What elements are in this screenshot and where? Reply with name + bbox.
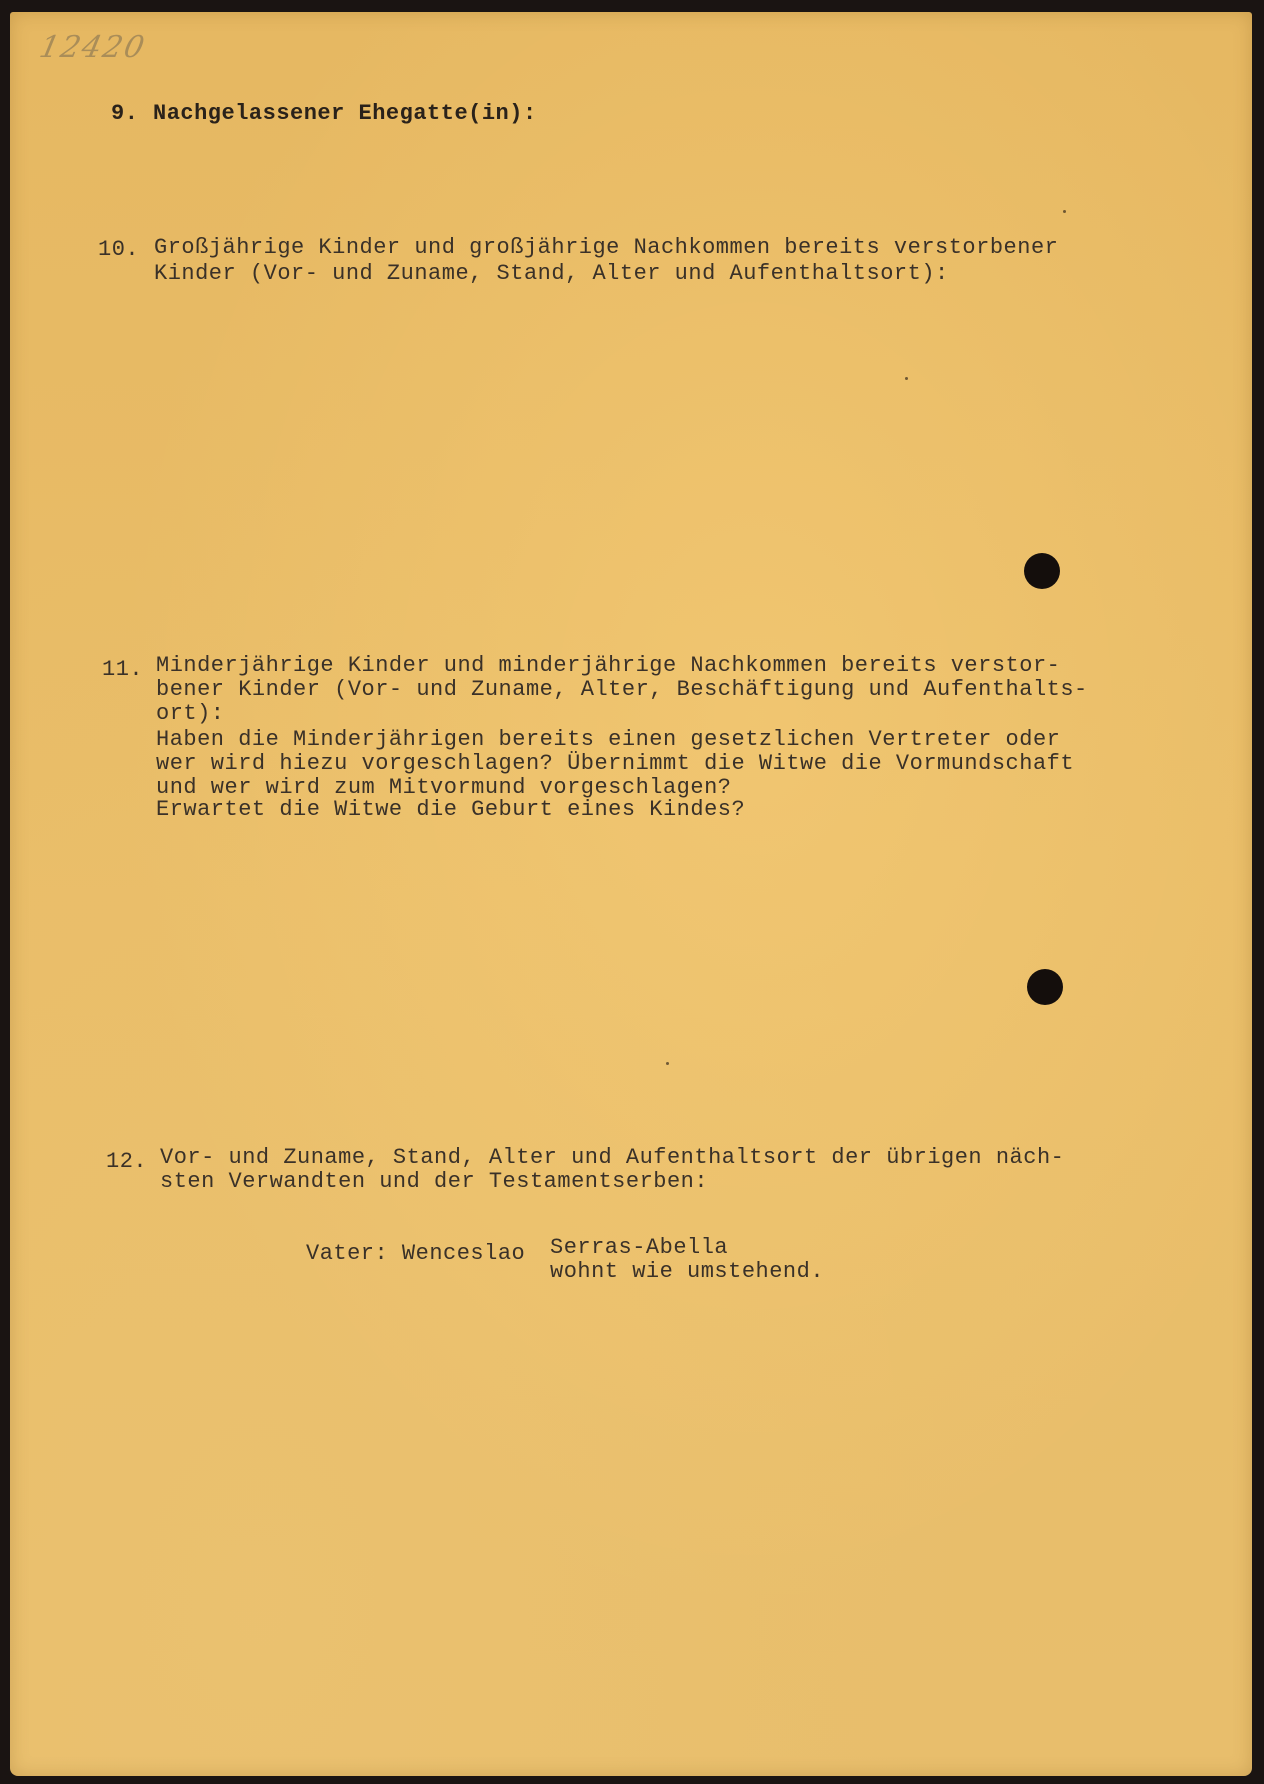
punch-hole-lower [1027, 969, 1063, 1005]
section-12-line-1: Vor- und Zuname, Stand, Alter und Aufent… [160, 1146, 1064, 1170]
section-9-number: 9. [111, 102, 138, 126]
section-10-line-1: Großjährige Kinder und großjährige Nachk… [154, 236, 1058, 260]
section-11-line-4: Haben die Minderjährigen bereits einen g… [156, 728, 1060, 752]
answer-father-residence: wohnt wie umstehend. [550, 1260, 824, 1284]
section-12-line-2: sten Verwandten und der Testamentserben: [160, 1170, 708, 1194]
section-11-line-7: Erwartet die Witwe die Geburt eines Kind… [156, 798, 745, 822]
paper-speck [666, 1062, 669, 1065]
paper-speck [1063, 210, 1066, 213]
section-11-line-5: wer wird hiezu vorgeschlagen? Übernimmt … [156, 752, 1074, 776]
handwritten-file-number: 12420 [36, 30, 149, 65]
section-11-line-1: Minderjährige Kinder und minderjährige N… [156, 654, 1060, 678]
paper-speck [905, 377, 908, 380]
section-11-number: 11. [102, 658, 143, 682]
section-11-line-2: bener Kinder (Vor- und Zuname, Alter, Be… [156, 678, 1088, 702]
answer-father-name: Serras-Abella [550, 1236, 728, 1260]
section-11-line-3: ort): [156, 702, 225, 726]
answer-father-label: Vater: Wenceslao [306, 1242, 525, 1266]
section-9-heading: Nachgelassener Ehegatte(in): [153, 102, 537, 126]
section-12-number: 12. [106, 1150, 147, 1174]
section-10-line-2: Kinder (Vor- und Zuname, Stand, Alter un… [154, 262, 949, 286]
section-10-number: 10. [98, 238, 139, 262]
punch-hole-upper [1024, 553, 1060, 589]
document-page: 12420 9. Nachgelassener Ehegatte(in): 10… [10, 12, 1252, 1776]
